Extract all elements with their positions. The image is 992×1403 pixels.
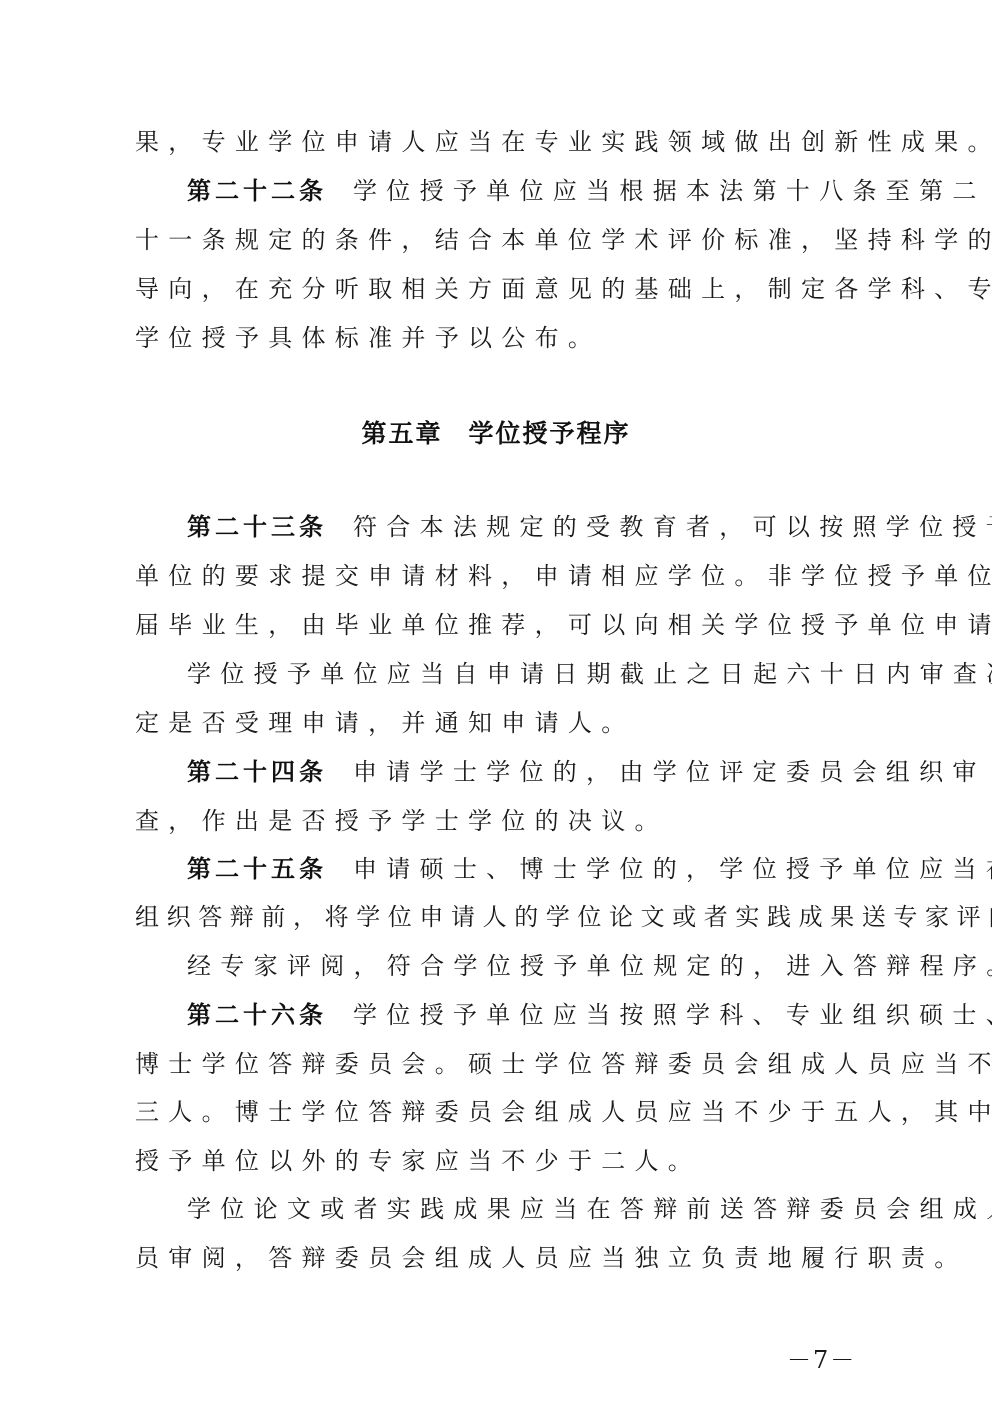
paragraph-line: 查，作出是否授予学士学位的决议。	[135, 801, 875, 841]
article-number: 第二十五条	[187, 855, 327, 883]
line-text: 申请学士学位的，由学位评定委员会组织审	[353, 758, 986, 786]
paragraph-line: 单位的要求提交申请材料，申请相应学位。非学位授予单位的应	[135, 556, 875, 596]
line-text: 果，专业学位申请人应当在专业实践领域做出创新性成果。	[135, 128, 992, 156]
line-text: 定是否受理申请，并通知申请人。	[135, 709, 635, 737]
article-number: 第二十六条	[187, 1001, 327, 1029]
line-text: 组织答辩前，将学位申请人的学位论文或者实践成果送专家评阅。	[135, 903, 992, 931]
paragraph-line: 果，专业学位申请人应当在专业实践领域做出创新性成果。	[135, 122, 875, 162]
article-number: 第二十三条	[187, 513, 327, 541]
line-text: 符合本法规定的受教育者，可以按照学位授予	[353, 513, 992, 541]
paragraph-line: 学位授予具体标准并予以公布。	[135, 318, 875, 358]
line-text: 申请硕士、博士学位的，学位授予单位应当在	[353, 855, 992, 883]
line-text: 学位授予具体标准并予以公布。	[135, 324, 601, 352]
paragraph-line: 十一条规定的条件，结合本单位学术评价标准，坚持科学的评价	[135, 220, 875, 260]
paragraph-line: 届毕业生，由毕业单位推荐，可以向相关学位授予单位申请学位。	[135, 605, 875, 645]
line-text: 导向，在充分听取相关方面意见的基础上，制定各学科、专业的	[135, 275, 992, 303]
page-number: －7－	[787, 1344, 856, 1376]
chapter-number: 第五章	[361, 419, 442, 448]
chapter-heading: 第五章学位授予程序	[0, 414, 992, 454]
line-text: 三人。博士学位答辩委员会组成人员应当不少于五人，其中学位	[135, 1098, 992, 1126]
paragraph-line: 组织答辩前，将学位申请人的学位论文或者实践成果送专家评阅。	[135, 897, 875, 937]
line-text: 学位授予单位应当按照学科、专业组织硕士、	[353, 1001, 992, 1029]
article-26-line: 第二十六条学位授予单位应当按照学科、专业组织硕士、	[187, 995, 927, 1035]
paragraph-line: 博士学位答辩委员会。硕士学位答辩委员会组成人员应当不少于	[135, 1044, 875, 1084]
line-text: 学位授予单位应当根据本法第十八条至第二	[353, 177, 986, 205]
line-text: 经专家评阅，符合学位授予单位规定的，进入答辩程序。	[187, 952, 992, 980]
article-number: 第二十二条	[187, 177, 327, 205]
article-23-line: 第二十三条符合本法规定的受教育者，可以按照学位授予	[187, 507, 927, 547]
paragraph-line: 学位授予单位应当自申请日期截止之日起六十日内审查决	[187, 654, 927, 694]
line-text: 单位的要求提交申请材料，申请相应学位。非学位授予单位的应	[135, 562, 992, 590]
paragraph-line: 授予单位以外的专家应当不少于二人。	[135, 1141, 875, 1181]
article-24-line: 第二十四条申请学士学位的，由学位评定委员会组织审	[187, 752, 927, 792]
line-text: 届毕业生，由毕业单位推荐，可以向相关学位授予单位申请学位。	[135, 611, 992, 639]
line-text: 十一条规定的条件，结合本单位学术评价标准，坚持科学的评价	[135, 226, 992, 254]
paragraph-line: 定是否受理申请，并通知申请人。	[135, 703, 875, 743]
paragraph-line: 学位论文或者实践成果应当在答辩前送答辩委员会组成人	[187, 1189, 927, 1229]
line-text: 授予单位以外的专家应当不少于二人。	[135, 1147, 701, 1175]
article-25-line: 第二十五条申请硕士、博士学位的，学位授予单位应当在	[187, 849, 927, 889]
line-text: 学位授予单位应当自申请日期截止之日起六十日内审查决	[187, 660, 992, 688]
article-22-line: 第二十二条学位授予单位应当根据本法第十八条至第二	[187, 171, 927, 211]
line-text: 员审阅，答辩委员会组成人员应当独立负责地履行职责。	[135, 1244, 968, 1272]
paragraph-line: 三人。博士学位答辩委员会组成人员应当不少于五人，其中学位	[135, 1092, 875, 1132]
paragraph-line: 经专家评阅，符合学位授予单位规定的，进入答辩程序。	[187, 946, 927, 986]
line-text: 查，作出是否授予学士学位的决议。	[135, 807, 668, 835]
paragraph-line: 员审阅，答辩委员会组成人员应当独立负责地履行职责。	[135, 1238, 875, 1278]
chapter-title: 学位授予程序	[469, 419, 631, 448]
paragraph-line: 导向，在充分听取相关方面意见的基础上，制定各学科、专业的	[135, 269, 875, 309]
article-number: 第二十四条	[187, 758, 327, 786]
line-text: 博士学位答辩委员会。硕士学位答辩委员会组成人员应当不少于	[135, 1050, 992, 1078]
line-text: 学位论文或者实践成果应当在答辩前送答辩委员会组成人	[187, 1195, 992, 1223]
